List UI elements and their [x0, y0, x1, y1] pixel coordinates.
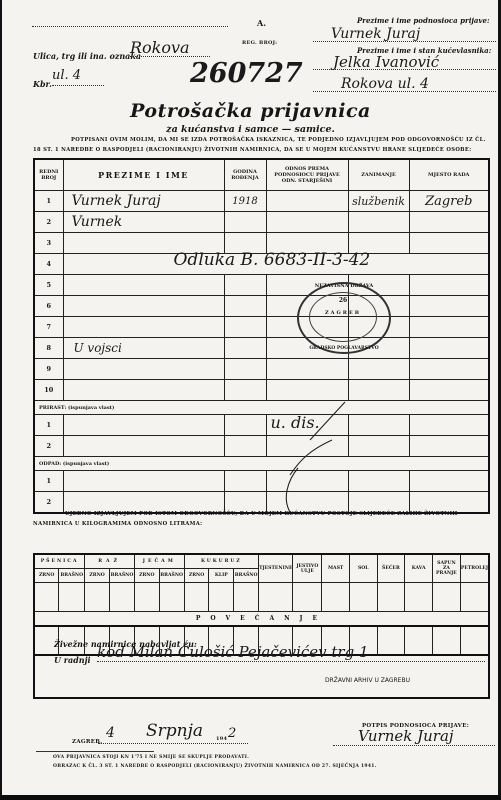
date-year-prefix: 194 — [216, 736, 227, 742]
group-wheat: PŠENICA — [34, 554, 85, 569]
barley-grain: ZRNO — [134, 569, 159, 583]
date-year-suffix: 2 — [228, 726, 236, 741]
col-coffee: KAVA — [405, 554, 433, 583]
footer-note-2: OBRAZAC K ČL. 3 ST. 1 NAREDBE O RASPODJE… — [53, 764, 377, 769]
row-decision-note-cell: Odluka B. 6683-II-3-42 — [63, 254, 489, 275]
row-birth-year — [224, 212, 266, 233]
row-workplace — [409, 212, 489, 233]
persons-header-row: REDNI BROJ PREZIME I IME GODINA ROĐENJA … — [34, 159, 489, 191]
col-edible-oil: JESTIVO ULJE — [293, 554, 322, 583]
row-number: 9 — [34, 359, 63, 380]
decrease-row: 1 — [34, 471, 489, 492]
row-number: 3 — [34, 233, 63, 254]
form-letter: A. — [257, 18, 266, 28]
stamp-text-bottom: GRADSKO POGLAVARSTVO — [299, 346, 389, 351]
decrease-section-label: ODPAD: (ispunjava vlast) — [34, 457, 489, 471]
table-row: 9 — [34, 359, 489, 380]
table-row: 10 — [34, 380, 489, 401]
supply-box: Živežne namirnice nabavljat ću: U radnji… — [33, 625, 490, 699]
row-number: 1 — [34, 415, 63, 436]
barley-flour: BRAŠNO — [159, 569, 184, 583]
row-number: 4 — [34, 254, 63, 275]
col-pasta: TJESTENINE — [259, 554, 293, 583]
group-corn: KUKURUZ — [184, 554, 258, 569]
corn-grain: ZRNO — [184, 569, 209, 583]
form-subtitle: za kućanstva i samce — samice. — [0, 124, 501, 135]
table-row: 7 — [34, 317, 489, 338]
signature-value: Vurnek Juraj — [333, 727, 495, 746]
wheat-flour: BRAŠNO — [59, 569, 85, 583]
official-stamp: NEZAVISNA DRŽAVA 26 ZAGREB GRADSKO POGLA… — [297, 282, 391, 354]
date-line: 4 Srpnja 194 2 — [98, 725, 248, 744]
increase-row: 1 u. dis. — [34, 415, 489, 436]
footer-rule — [36, 751, 154, 752]
corn-cob: KLIP — [209, 569, 234, 583]
official-signature-scribble — [270, 400, 360, 515]
shop-value: kod Milan Čulošić Pejačevićev trg 1 — [97, 643, 485, 662]
stock-paragraph: UJEDNO IZJAVLJUJEM POD ISTOM ODGOVORNOŠĆ… — [33, 509, 490, 529]
group-barley: JEČAM — [134, 554, 184, 569]
table-row: 8 U vojsci — [34, 338, 489, 359]
header-relation: ODNOS PREMA PODNOSIOCU PRIJAVE ODN. STAR… — [266, 159, 348, 191]
wheat-grain: ZRNO — [34, 569, 59, 583]
table-row: 5 — [34, 275, 489, 296]
reg-number: 260727 — [190, 58, 303, 89]
house-number-value: ul. 4 — [52, 68, 104, 86]
table-row: 1 Vurnek Juraj 1918 službenik Zagreb — [34, 191, 489, 212]
footer-note-1: OVA PRIJAVNICA STOJI KN 1'75 I NE SMIJE … — [53, 755, 249, 760]
reg-label: REG. BROJ: — [242, 40, 277, 46]
col-lard: MAST — [322, 554, 350, 583]
increase-label: POVEĆANJE — [34, 612, 489, 626]
row-number: 10 — [34, 380, 63, 401]
row-birth-year: 1918 — [224, 191, 266, 212]
row-occupation — [348, 212, 409, 233]
rye-flour: BRAŠNO — [109, 569, 134, 583]
form-title: Potrošačka prijavnica — [0, 100, 501, 122]
stock-values-row — [34, 583, 489, 612]
header-occupation: ZANIMANJE — [348, 159, 409, 191]
row-name: Vurnek — [63, 212, 224, 233]
house-number-label: Kbr. — [33, 79, 52, 89]
row-occupation: službenik — [348, 191, 409, 212]
row-name: Vurnek Juraj — [63, 191, 224, 212]
col-salt: SOL — [349, 554, 377, 583]
header-workplace: MJESTO RADA — [409, 159, 489, 191]
group-rye: RAŽ — [85, 554, 135, 569]
date-month: Srpnja — [146, 721, 203, 741]
intro-paragraph: POTPISANI OVIM MOLIM, DA MI SE IZDA POTR… — [33, 135, 490, 155]
row-relation — [266, 212, 348, 233]
street-label: Ulica, trg ili ina. oznaka — [33, 51, 141, 61]
row-number: 7 — [34, 317, 63, 338]
row-number: 6 — [34, 296, 63, 317]
row-name: U vojsci — [63, 338, 224, 359]
date-day: 4 — [106, 725, 115, 741]
stock-increase-label-row: POVEĆANJE — [34, 612, 489, 626]
shop-label: U radnji — [54, 655, 91, 665]
stamp-date: 26 — [310, 297, 376, 304]
decrease-section-row: ODPAD: (ispunjava vlast) — [34, 457, 489, 471]
row-number: 1 — [34, 191, 63, 212]
owner-address-value: Rokova ul. 4 — [313, 76, 496, 92]
decision-note: Odluka B. 6683-II-3-42 — [174, 250, 371, 270]
row-relation — [266, 191, 348, 212]
street-value: Rokova — [130, 38, 210, 57]
persons-table: REDNI BROJ PREZIME I IME GODINA ROĐENJA … — [33, 158, 490, 514]
applicant-label: Prezime i ime podnosioca prijave: — [357, 16, 490, 25]
col-soap: SAPUN ZA PRANJE — [432, 554, 460, 583]
stamp-inner-ring: 26 ZAGREB — [309, 292, 377, 342]
applicant-value: Vurnek Juraj — [313, 26, 496, 42]
header-birth-year: GODINA ROĐENJA — [224, 159, 266, 191]
stamp-text-top: NEZAVISNA DRŽAVA — [299, 283, 389, 289]
table-row: 2 Vurnek — [34, 212, 489, 233]
scan-edge-bottom — [0, 795, 501, 800]
row-number: 8 — [34, 338, 63, 359]
header-name: PREZIME I IME — [63, 159, 224, 191]
archive-mark: DRŽAVNI ARHIV U ZAGREBU — [325, 677, 410, 684]
col-kerosene: PETROLEJ — [460, 554, 489, 583]
stamp-text-center: ZAGREB — [310, 310, 376, 316]
owner-value: Jelka Ivanović — [313, 53, 496, 70]
row-number: 1 — [34, 471, 63, 492]
table-row: 4 Odluka B. 6683-II-3-42 — [34, 254, 489, 275]
table-row: 6 — [34, 296, 489, 317]
increase-section-label: PRIRAST: (ispunjava vlast) — [34, 401, 489, 415]
rye-grain: ZRNO — [85, 569, 110, 583]
top-blank-line — [32, 26, 228, 27]
increase-row: 2 — [34, 436, 489, 457]
increase-section-row: PRIRAST: (ispunjava vlast) — [34, 401, 489, 415]
stock-group-header-row: PŠENICA RAŽ JEČAM KUKURUZ TJESTENINE JES… — [34, 554, 489, 569]
corn-flour: BRAŠNO — [234, 569, 259, 583]
row-workplace — [409, 233, 489, 254]
row-number: 2 — [34, 436, 63, 457]
col-sugar: ŠEĆER — [377, 554, 405, 583]
header-ordinal: REDNI BROJ — [34, 159, 63, 191]
row-number: 5 — [34, 275, 63, 296]
row-number: 2 — [34, 212, 63, 233]
row-workplace: Zagreb — [409, 191, 489, 212]
